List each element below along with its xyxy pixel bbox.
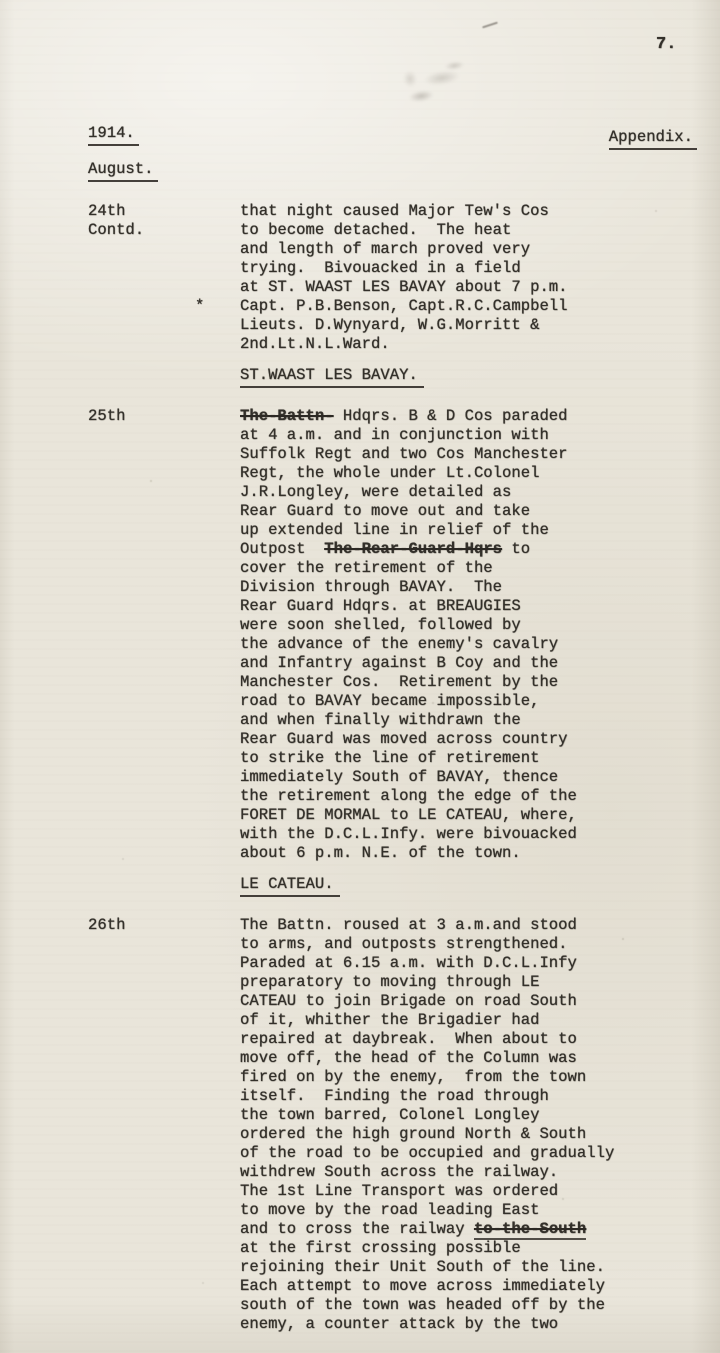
body-text: repaired at daybreak. When about to xyxy=(240,1030,577,1048)
entry-date: 24thContd. xyxy=(88,202,240,354)
body-text: immediately South of BAVAY, thence xyxy=(240,768,558,786)
body-text: Lieuts. D.Wynyard, W.G.Morritt & xyxy=(240,316,539,334)
page-number: 7. xyxy=(656,35,676,54)
entry-date-line: 24th xyxy=(88,202,240,221)
body-line: Lieuts. D.Wynyard, W.G.Morritt & xyxy=(240,316,720,335)
body-line: at 4 a.m. and in conjunction with xyxy=(240,426,720,445)
body-line: were soon shelled, followed by xyxy=(240,616,720,635)
body-line: The-Battn- Hdqrs. B & D Cos paraded xyxy=(240,407,720,426)
body-line: rejoining their Unit South of the line. xyxy=(240,1258,720,1277)
body-line: to move by the road leading East xyxy=(240,1201,720,1220)
body-text: ordered the high ground North & South xyxy=(240,1125,586,1143)
margin-asterisk: * xyxy=(195,297,204,316)
body-text: to strike the line of retirement xyxy=(240,749,539,767)
paper-speckles xyxy=(0,0,2,2)
body-text: of it, whither the Brigadier had xyxy=(240,1011,539,1029)
body-text: fired on by the enemy, from the town xyxy=(240,1068,586,1086)
body-line: J.R.Longley, were detailed as xyxy=(240,483,720,502)
appendix-heading: Appendix. xyxy=(609,128,697,150)
body-text: road to BAVAY became impossible, xyxy=(240,692,539,710)
body-line: itself. Finding the road through xyxy=(240,1087,720,1106)
body-text: itself. Finding the road through xyxy=(240,1087,549,1105)
body-text: Manchester Cos. Retirement by the xyxy=(240,673,558,691)
body-line: 2nd.Lt.N.L.Ward. xyxy=(240,335,720,354)
struck-text: The-Rear-Guard-Hqrs xyxy=(324,540,502,558)
body-text: to become detached. The heat xyxy=(240,221,511,239)
body-line: fired on by the enemy, from the town xyxy=(240,1068,720,1087)
body-line: Regt, the whole under Lt.Colonel xyxy=(240,464,720,483)
body-text: were soon shelled, followed by xyxy=(240,616,521,634)
year-heading: 1914. xyxy=(88,124,139,146)
body-line: about 6 p.m. N.E. of the town. xyxy=(240,844,720,863)
body-line: The 1st Line Transport was ordered xyxy=(240,1182,720,1201)
entry-body: The Battn. roused at 3 a.m.and stoodto a… xyxy=(240,916,720,1334)
body-line: at the first crossing possible xyxy=(240,1239,720,1258)
body-line: *Capt. P.B.Benson, Capt.R.C.Campbell xyxy=(240,297,720,316)
body-line: that night caused Major Tew's Cos xyxy=(240,202,720,221)
body-line: and to cross the railway to-the-South xyxy=(240,1220,720,1239)
entry-date-line: 25th xyxy=(88,407,240,426)
body-line: immediately South of BAVAY, thence xyxy=(240,768,720,787)
diary-entries: 24thContd.that night caused Major Tew's … xyxy=(88,202,720,1334)
body-line: of the road to be occupied and gradually xyxy=(240,1144,720,1163)
pencil-smudge xyxy=(389,46,484,116)
entry-date: 26th xyxy=(88,916,240,1334)
body-text: to arms, and outposts strengthened. xyxy=(240,935,568,953)
body-text: rejoining their Unit South of the line. xyxy=(240,1258,605,1276)
body-text: CATEAU to join Brigade on road South xyxy=(240,992,577,1010)
pencil-dash xyxy=(482,22,498,29)
body-line: to strike the line of retirement xyxy=(240,749,720,768)
body-line: to become detached. The heat xyxy=(240,221,720,240)
body-line: the town barred, Colonel Longley xyxy=(240,1106,720,1125)
body-text: Division through BAVAY. The xyxy=(240,578,502,596)
body-line: Rear Guard to move out and take xyxy=(240,502,720,521)
body-text: The 1st Line Transport was ordered xyxy=(240,1182,558,1200)
body-line: Rear Guard was moved across country xyxy=(240,730,720,749)
body-text: Each attempt to move across immediately xyxy=(240,1277,605,1295)
body-text: enemy, a counter attack by the two xyxy=(240,1315,558,1333)
body-line: FORET DE MORMAL to LE CATEAU, where, xyxy=(240,806,720,825)
body-text: Rear Guard to move out and take xyxy=(240,502,530,520)
body-text: Suffolk Regt and two Cos Manchester xyxy=(240,445,568,463)
body-line: trying. Bivouacked in a field xyxy=(240,259,720,278)
body-text: preparatory to moving through LE xyxy=(240,973,539,991)
body-text: south of the town was headed off by the xyxy=(240,1296,605,1314)
body-line: Manchester Cos. Retirement by the xyxy=(240,673,720,692)
body-text: about 6 p.m. N.E. of the town. xyxy=(240,844,521,862)
body-text: cover the retirement of the xyxy=(240,559,493,577)
body-text: trying. Bivouacked in a field xyxy=(240,259,521,277)
body-line: with the D.C.L.Infy. were bivouacked xyxy=(240,825,720,844)
body-text: J.R.Longley, were detailed as xyxy=(240,483,511,501)
struck-text: The-Battn- xyxy=(240,407,334,425)
body-text: with the D.C.L.Infy. were bivouacked xyxy=(240,825,577,843)
body-text: the town barred, Colonel Longley xyxy=(240,1106,539,1124)
body-text: at the first crossing possible xyxy=(240,1239,521,1257)
body-line: and length of march proved very xyxy=(240,240,720,259)
body-line: Suffolk Regt and two Cos Manchester xyxy=(240,445,720,464)
body-text: FORET DE MORMAL to LE CATEAU, where, xyxy=(240,806,577,824)
body-text: the retirement along the edge of the xyxy=(240,787,577,805)
body-text: Hdqrs. B & D Cos paraded xyxy=(334,407,568,425)
section-heading-text: LE CATEAU. xyxy=(240,875,340,897)
diary-entry: 26thThe Battn. roused at 3 a.m.and stood… xyxy=(88,916,720,1334)
body-text: and to cross the railway xyxy=(240,1220,474,1238)
body-line: road to BAVAY became impossible, xyxy=(240,692,720,711)
body-text: at 4 a.m. and in conjunction with xyxy=(240,426,549,444)
document-page: 7. 1914. Appendix. August. 24thContd.tha… xyxy=(0,0,720,1353)
body-line: of it, whither the Brigadier had xyxy=(240,1011,720,1030)
body-text: that night caused Major Tew's Cos xyxy=(240,202,549,220)
body-text: the advance of the enemy's cavalry xyxy=(240,635,558,653)
body-line: withdrew South across the railway. xyxy=(240,1163,720,1182)
body-line: Each attempt to move across immediately xyxy=(240,1277,720,1296)
body-line: at ST. WAAST LES BAVAY about 7 p.m. xyxy=(240,278,720,297)
body-text: of the road to be occupied and gradually xyxy=(240,1144,614,1162)
body-text: Paraded at 6.15 a.m. with D.C.L.Infy xyxy=(240,954,577,972)
section-heading: LE CATEAU. xyxy=(240,875,720,897)
body-line: The Battn. roused at 3 a.m.and stood xyxy=(240,916,720,935)
body-line: preparatory to moving through LE xyxy=(240,973,720,992)
body-line: Rear Guard Hdqrs. at BREAUGIES xyxy=(240,597,720,616)
entry-body: The-Battn- Hdqrs. B & D Cos paradedat 4 … xyxy=(240,407,720,863)
body-line: up extended line in relief of the xyxy=(240,521,720,540)
body-line: the advance of the enemy's cavalry xyxy=(240,635,720,654)
body-text: and length of march proved very xyxy=(240,240,530,258)
section-heading: ST.WAAST LES BAVAY. xyxy=(240,366,720,388)
entry-date: 25th xyxy=(88,407,240,863)
body-line: and Infantry against B Coy and the xyxy=(240,654,720,673)
entry-date-line: 26th xyxy=(88,916,240,935)
body-line: Outpost The-Rear-Guard-Hqrs to xyxy=(240,540,720,559)
diary-entry: 24thContd.that night caused Major Tew's … xyxy=(88,202,720,354)
struck-text: to-the-South xyxy=(474,1220,586,1240)
body-text: Rear Guard was moved across country xyxy=(240,730,568,748)
body-text: withdrew South across the railway. xyxy=(240,1163,558,1181)
section-heading-text: ST.WAAST LES BAVAY. xyxy=(240,366,424,388)
body-line: the retirement along the edge of the xyxy=(240,787,720,806)
body-text: and Infantry against B Coy and the xyxy=(240,654,558,672)
body-text: Rear Guard Hdqrs. at BREAUGIES xyxy=(240,597,521,615)
body-line: south of the town was headed off by the xyxy=(240,1296,720,1315)
body-text: 2nd.Lt.N.L.Ward. xyxy=(240,335,390,353)
body-line: cover the retirement of the xyxy=(240,559,720,578)
body-line: to arms, and outposts strengthened. xyxy=(240,935,720,954)
body-text: move off, the head of the Column was xyxy=(240,1049,577,1067)
month-heading: August. xyxy=(88,160,158,182)
body-text: The Battn. roused at 3 a.m.and stood xyxy=(240,916,577,934)
diary-entry: 25thThe-Battn- Hdqrs. B & D Cos paradeda… xyxy=(88,407,720,863)
body-line: repaired at daybreak. When about to xyxy=(240,1030,720,1049)
body-text: to xyxy=(502,540,530,558)
body-line: Division through BAVAY. The xyxy=(240,578,720,597)
body-line: and when finally withdrawn the xyxy=(240,711,720,730)
body-line: Paraded at 6.15 a.m. with D.C.L.Infy xyxy=(240,954,720,973)
body-text: and when finally withdrawn the xyxy=(240,711,521,729)
body-line: enemy, a counter attack by the two xyxy=(240,1315,720,1334)
body-line: CATEAU to join Brigade on road South xyxy=(240,992,720,1011)
body-text: Regt, the whole under Lt.Colonel xyxy=(240,464,539,482)
body-text: at ST. WAAST LES BAVAY about 7 p.m. xyxy=(240,278,568,296)
body-text: Capt. P.B.Benson, Capt.R.C.Campbell xyxy=(240,297,568,315)
body-text: up extended line in relief of the xyxy=(240,521,549,539)
entry-body: that night caused Major Tew's Costo beco… xyxy=(240,202,720,354)
body-text: to move by the road leading East xyxy=(240,1201,539,1219)
entry-date-line: Contd. xyxy=(88,221,240,240)
body-line: move off, the head of the Column was xyxy=(240,1049,720,1068)
body-text: Outpost xyxy=(240,540,324,558)
body-line: ordered the high ground North & South xyxy=(240,1125,720,1144)
